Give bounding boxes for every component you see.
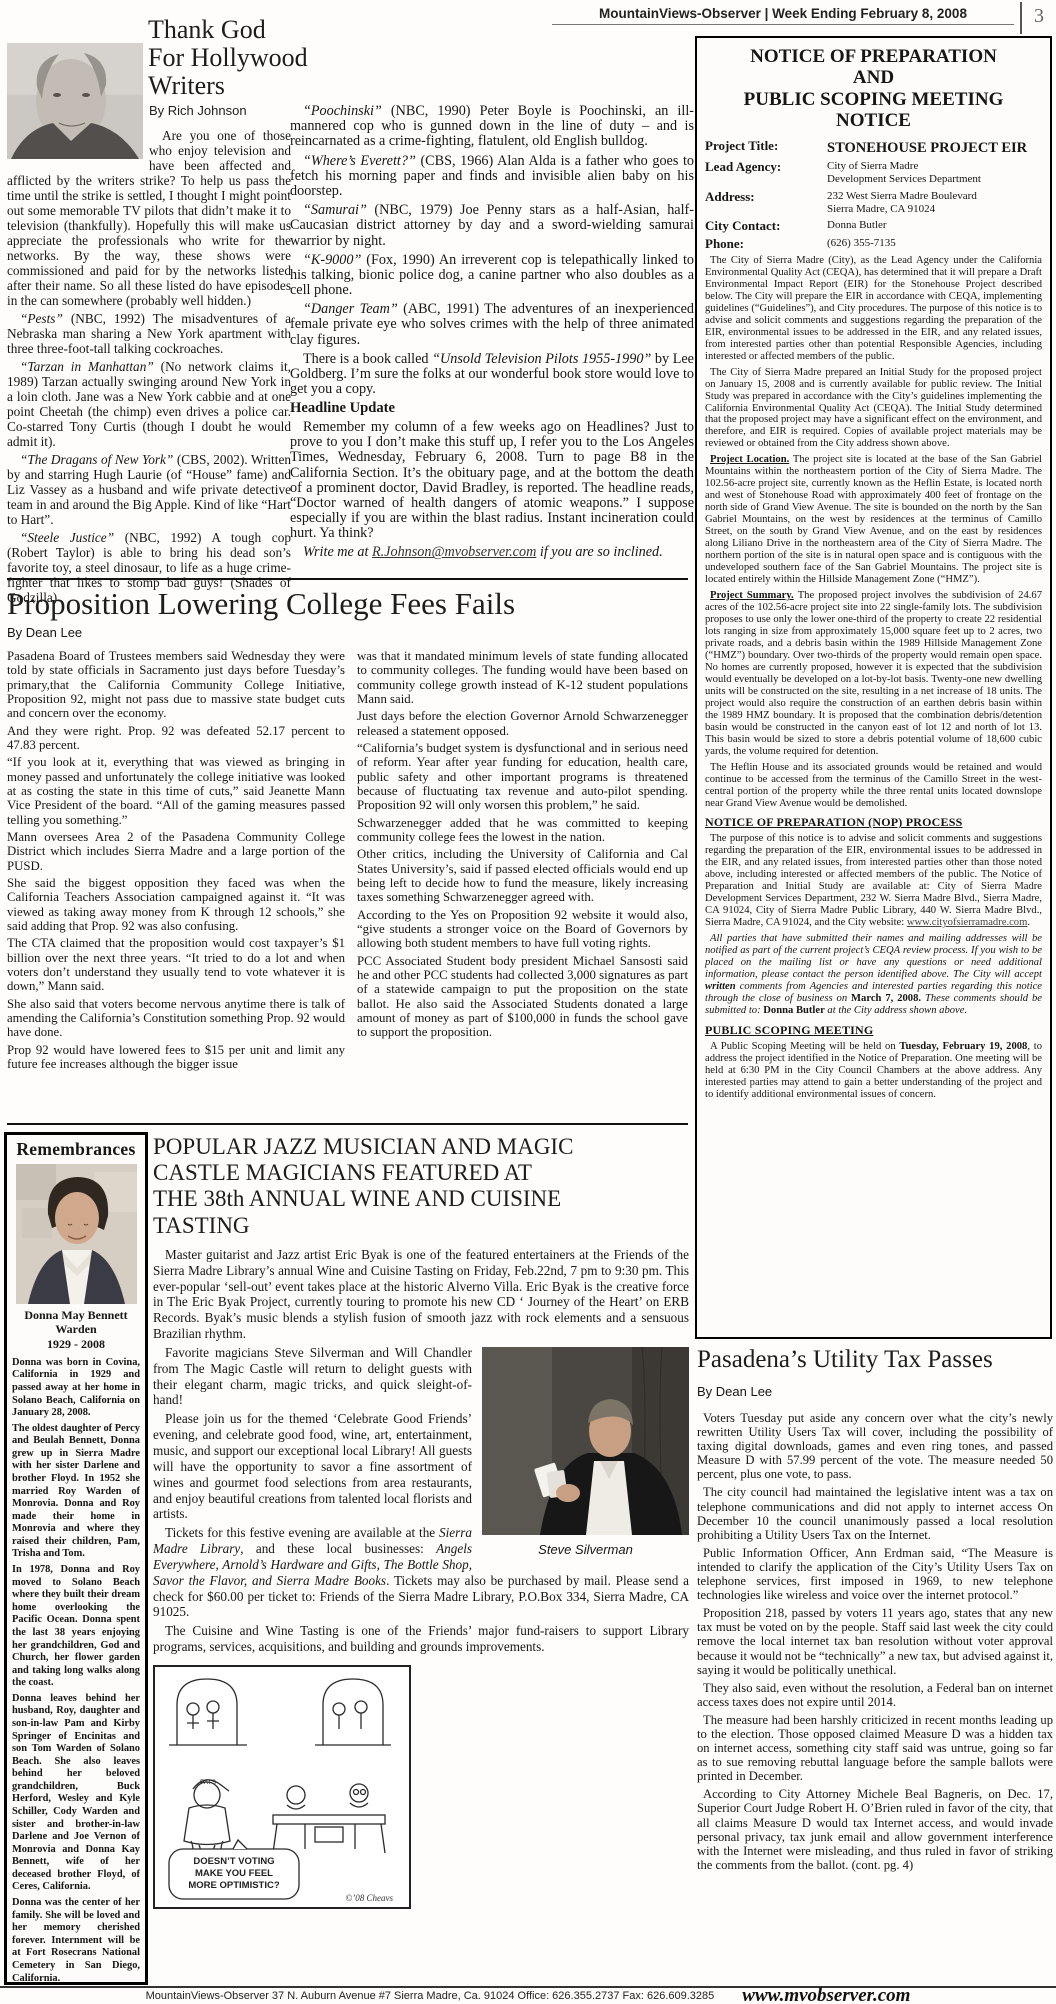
article-column-1: Are you one of those who enjoy televisio… <box>7 16 291 608</box>
article-wine-cuisine-tasting: POPULAR JAZZ MUSICIAN AND MAGIC CASTLE M… <box>153 1132 689 1985</box>
article-byline: By Dean Lee <box>697 1384 1053 1399</box>
paragraph: “Where’s Everett?” (CBS, 1966) Alan Alda… <box>290 154 694 200</box>
text-run: The Cuisine and Wine Tasting is one of t… <box>153 1623 689 1654</box>
newspaper-page: MountainViews-Observer | Week Ending Feb… <box>0 0 1056 2004</box>
field-label: City Contact: <box>705 219 817 234</box>
notice-field-row: City Contact:Donna Butler <box>705 219 1042 234</box>
notice-body: The City of Sierra Madre (City), as the … <box>705 255 1042 1101</box>
text-run: There is a book called <box>303 351 432 367</box>
text-run: Tuesday, February 19, 2008 <box>899 1041 1027 1052</box>
paragraph: In 1978, Donna and Roy moved to Solano B… <box>12 1564 140 1690</box>
paragraph: Proposition 218, passed by voters 11 yea… <box>697 1606 1053 1676</box>
paragraph: The City of Sierra Madre prepared an Ini… <box>705 367 1042 451</box>
article-title: Proposition Lowering College Fees Fails <box>7 586 688 622</box>
text-run: The Heflin House and its associated grou… <box>705 762 1042 809</box>
paragraph: All parties that have submitted their na… <box>705 933 1042 1017</box>
article-column-2: was that it mandated minimum levels of s… <box>357 649 688 1074</box>
field-value: 232 West Sierra Madre Boulevard Sierra M… <box>817 190 977 216</box>
photo-spacer <box>7 16 149 163</box>
paragraph: “If you look at it, everything that was … <box>7 755 345 827</box>
text-run: The CTA claimed that the proposition wou… <box>7 936 345 993</box>
cartoon-drawing-icon: DOESN’T VOTING MAKE YOU FEEL MORE OPTIMI… <box>155 1667 409 1907</box>
text-run: The City of Sierra Madre (City), as the … <box>705 255 1042 362</box>
notice-field-row: Phone:(626) 355-7135 <box>705 237 1042 252</box>
notice-title: NOTICE OF PREPARATION AND PUBLIC SCOPING… <box>705 46 1042 132</box>
notice-field-row: Project Title:STONEHOUSE PROJECT EIR <box>705 139 1042 157</box>
text-run: According to the Yes on Proposition 92 w… <box>357 908 688 951</box>
text-run: The proposed project involves the subdiv… <box>705 590 1042 757</box>
remembrances-header: Remembrances <box>12 1139 140 1160</box>
paragraph: They also said, even without the resolut… <box>697 1681 1053 1709</box>
text-run: Proposition 218, passed by voters 11 yea… <box>697 1606 1053 1676</box>
link[interactable]: www.cityofsierramadre.com <box>907 917 1028 928</box>
text-run: And they were right. Prop. 92 was defeat… <box>7 724 345 752</box>
paragraph: The CTA claimed that the proposition wou… <box>7 936 345 993</box>
article-body: Master guitarist and Jazz artist Eric By… <box>153 1247 689 1909</box>
article-column-2: “Poochinski” (NBC, 1990) Peter Boyle is … <box>290 104 694 565</box>
paragraph: Donna was the center of her family. She … <box>12 1897 140 1985</box>
cartoon-hat-label: PATS <box>200 1779 217 1786</box>
footer-contact-info: MountainViews-Observer 37 N. Auburn Aven… <box>146 1990 715 2002</box>
paragraph: And they were right. Prop. 92 was defeat… <box>7 724 345 753</box>
paragraph: “Pests” (NBC, 1992) The misadventures of… <box>7 311 291 356</box>
text-run: Donna was the center of her family. She … <box>12 1897 140 1983</box>
text-run: According to City Attorney Michele Beal … <box>697 1787 1053 1871</box>
notice-fields: Project Title:STONEHOUSE PROJECT EIRLead… <box>705 139 1042 252</box>
text-run: Donna was born in Covina, California in … <box>12 1357 140 1418</box>
paragraph: A Public Scoping Meeting will be held on… <box>705 1041 1042 1101</box>
article-text: Voters Tuesday put aside any concern ove… <box>697 1411 1053 1872</box>
text-run: “Samurai” <box>303 202 367 218</box>
paragraph: The purpose of this notice is to advise … <box>705 833 1042 929</box>
text-run: . <box>1027 917 1030 928</box>
text-run: The oldest daughter of Percy and Beulah … <box>12 1423 140 1560</box>
text-run: Pasadena Board of Trustees members said … <box>7 649 345 720</box>
article-title: Pasadena’s Utility Tax Passes <box>697 1346 1053 1374</box>
link[interactable]: R.Johnson@mvobserver.com <box>372 544 536 560</box>
text-run: , and these local businesses: <box>240 1541 436 1556</box>
field-label: Project Title: <box>705 139 817 157</box>
obituary-name: Donna May Bennett Warden <box>12 1308 140 1337</box>
text-run: Headline Update <box>290 400 395 416</box>
text-run: “California’s budget system is dysfuncti… <box>357 741 688 812</box>
text-run: Donna leaves behind her husband, Roy, da… <box>12 1693 140 1893</box>
text-run: The city council had maintained the legi… <box>697 1485 1053 1541</box>
field-value: (626) 355-7135 <box>817 237 896 252</box>
paragraph: Prop 92 would have lowered fees to $15 p… <box>7 1043 345 1072</box>
paragraph: She also said that voters become nervous… <box>7 997 345 1040</box>
notice-field-row: Lead Agency:City of Sierra Madre Develop… <box>705 160 1042 186</box>
text-run: PCC Associated Student body president Mi… <box>357 954 688 1040</box>
paragraph: NOTICE OF PREPARATION (NOP) PROCESS <box>705 816 1042 830</box>
text-run: Project Location. <box>710 454 789 465</box>
cartoon-bubble-text: MAKE YOU FEEL <box>195 1868 273 1879</box>
text-run: “Danger Team” <box>303 301 398 317</box>
article-utility-tax: Pasadena’s Utility Tax Passes By Dean Le… <box>697 1346 1053 1988</box>
text-run: In 1978, Donna and Roy moved to Solano B… <box>12 1564 140 1688</box>
text-run: Please join us for the themed ‘Celebrate… <box>153 1411 472 1521</box>
text-run: if you are so inclined. <box>536 544 662 560</box>
paragraph: Write me at R.Johnson@mvobserver.com if … <box>290 545 694 560</box>
text-run: Other critics, including the University … <box>357 847 688 904</box>
text-run: Tickets for this festive evening are ava… <box>165 1525 439 1540</box>
paragraph: PCC Associated Student body president Mi… <box>357 954 688 1040</box>
paragraph: Headline Update <box>290 401 694 417</box>
text-run: “If you look at it, everything that was … <box>7 755 345 826</box>
text-run: “The Dragans of New York” <box>20 452 173 467</box>
paragraph: Project Location. The project site is lo… <box>705 454 1042 586</box>
page-footer: MountainViews-Observer 37 N. Auburn Aven… <box>0 1986 1056 2004</box>
paragraph: Pasadena Board of Trustees members said … <box>7 649 345 721</box>
paragraph: The Cuisine and Wine Tasting is one of t… <box>153 1623 689 1655</box>
paragraph: “The Dragans of New York” (CBS, 2002). W… <box>7 452 291 527</box>
text-run: Mann oversees Area 2 of the Pasadena Com… <box>7 830 345 873</box>
paragraph: Project Summary. The proposed project in… <box>705 590 1042 758</box>
paragraph: “Danger Team” (ABC, 1991) The adventures… <box>290 302 694 348</box>
paragraph: “Poochinski” (NBC, 1990) Peter Boyle is … <box>290 104 694 150</box>
field-value: City of Sierra Madre Development Service… <box>817 160 981 186</box>
paragraph: Donna leaves behind her husband, Roy, da… <box>12 1693 140 1894</box>
paragraph: “Tarzan in Manhattan” (No network claims… <box>7 359 291 449</box>
text-run: She also said that voters become nervous… <box>7 997 345 1040</box>
text-run: March 7, 2008. <box>851 993 921 1004</box>
text-run: Donna Butler <box>763 1005 825 1016</box>
paragraph: The Heflin House and its associated grou… <box>705 762 1042 810</box>
text-run: They also said, even without the resolut… <box>697 1681 1053 1709</box>
text-run: A Public Scoping Meeting will be held on <box>710 1041 899 1052</box>
paragraph: She said the biggest opposition they fac… <box>7 876 345 933</box>
paragraph: Voters Tuesday put aside any concern ove… <box>697 1411 1053 1481</box>
paragraph: The City of Sierra Madre (City), as the … <box>705 255 1042 363</box>
article-title: POPULAR JAZZ MUSICIAN AND MAGIC CASTLE M… <box>153 1134 689 1239</box>
text-run: Project Summary. <box>710 590 794 601</box>
paragraph: The measure had been harshly criticized … <box>697 1713 1053 1783</box>
field-value: Donna Butler <box>817 219 887 234</box>
text-run: Public Information Officer, Ann Erdman s… <box>697 1546 1053 1602</box>
paragraph: Public Information Officer, Ann Erdman s… <box>697 1546 1053 1602</box>
page-number: 3 <box>1020 2 1046 34</box>
obituary-years: 1929 - 2008 <box>12 1337 140 1352</box>
field-label: Phone: <box>705 237 817 252</box>
text-run: Favorite magicians Steve Silverman and W… <box>153 1345 472 1408</box>
article-proposition-92: Proposition Lowering College Fees Fails … <box>7 578 688 1125</box>
obituary-text: Donna was born in Covina, California in … <box>12 1357 140 1985</box>
notice-field-row: Address:232 West Sierra Madre Boulevard … <box>705 190 1042 216</box>
paragraph: Donna was born in Covina, California in … <box>12 1357 140 1420</box>
text-run: “Steele Justice” <box>20 530 114 545</box>
text-run: NOTICE OF PREPARATION (NOP) PROCESS <box>705 815 962 829</box>
field-value: STONEHOUSE PROJECT EIR <box>817 139 1027 157</box>
cartoon-bubble-text: DOESN’T VOTING <box>193 1856 274 1867</box>
text-run: written <box>705 981 736 992</box>
magician-photo-icon <box>482 1347 689 1535</box>
paragraph: There is a book called “Unsold Televisio… <box>290 352 694 398</box>
text-run: Prop 92 would have lowered fees to $15 p… <box>7 1043 345 1071</box>
paragraph: Other critics, including the University … <box>357 847 688 904</box>
paragraph: Just days before the election Governor A… <box>357 709 688 738</box>
article-text-intro: Master guitarist and Jazz artist Eric By… <box>153 1247 689 1342</box>
paragraph: Mann oversees Area 2 of the Pasadena Com… <box>7 830 345 873</box>
remembrances-obituary: Remembrances Donna May Bennett Warden 19… <box>4 1132 148 1985</box>
article-text: Are you one of those who enjoy televisio… <box>7 128 291 605</box>
text-run: The project site is located at the base … <box>705 454 1042 585</box>
text-run: All parties that have submitted their na… <box>705 933 1042 980</box>
paragraph: According to City Attorney Michele Beal … <box>697 1787 1053 1872</box>
text-run: Master guitarist and Jazz artist Eric By… <box>153 1247 689 1341</box>
photo-steve-silverman: Steve Silverman <box>482 1347 689 1557</box>
text-run: “Where’s Everett?” <box>303 153 416 169</box>
text-run: was that it mandated minimum levels of s… <box>357 649 688 706</box>
paragraph: was that it mandated minimum levels of s… <box>357 649 688 706</box>
text-run: “K-9000” <box>303 252 361 268</box>
text-run: Schwarzenegger added that he was committ… <box>357 816 688 844</box>
text-run: at the City address shown above. <box>825 1005 967 1016</box>
text-run: Voters Tuesday put aside any concern ove… <box>697 1411 1053 1481</box>
footer-website-link[interactable]: www.mvobserver.com <box>742 1985 910 2004</box>
notice-public-scoping: NOTICE OF PREPARATION AND PUBLIC SCOPING… <box>695 36 1052 1339</box>
article-hollywood-writers: Thank God For Hollywood Writers By Rich … <box>7 16 695 578</box>
article-columns: Pasadena Board of Trustees members said … <box>7 649 688 1074</box>
paragraph: Remember my column of a few weeks ago on… <box>290 420 694 542</box>
cartoon-bubble-text: MORE OPTIMISTIC? <box>188 1880 280 1891</box>
article-byline: By Dean Lee <box>7 625 688 640</box>
editorial-cartoon: DOESN’T VOTING MAKE YOU FEEL MORE OPTIMI… <box>153 1665 411 1909</box>
paragraph: Schwarzenegger added that he was committ… <box>357 816 688 845</box>
text-run: The City of Sierra Madre prepared an Ini… <box>705 367 1042 450</box>
text-run: Just days before the election Governor A… <box>357 709 688 737</box>
cartoon-signature: ©’08 Cheavs <box>345 1893 393 1903</box>
paragraph: “Samurai” (NBC, 1979) Joe Penny stars as… <box>290 203 694 249</box>
field-label: Address: <box>705 190 817 216</box>
text-run: “Pests” <box>20 311 63 326</box>
photo-caption: Steve Silverman <box>482 1542 689 1557</box>
text-run: The purpose of this notice is to advise … <box>705 833 1042 928</box>
paragraph: According to the Yes on Proposition 92 w… <box>357 908 688 951</box>
text-run: The measure had been harshly criticized … <box>697 1713 1053 1783</box>
field-label: Lead Agency: <box>705 160 817 186</box>
paragraph: The city council had maintained the legi… <box>697 1485 1053 1541</box>
paragraph: Master guitarist and Jazz artist Eric By… <box>153 1247 689 1342</box>
text-run: Remember my column of a few weeks ago on… <box>290 419 694 541</box>
paragraph: “K-9000” (Fox, 1990) An irreverent cop i… <box>290 253 694 299</box>
text-run: Write me at <box>303 544 372 560</box>
text-run: PUBLIC SCOPING MEETING <box>705 1023 873 1037</box>
text-run: She said the biggest opposition they fac… <box>7 876 345 933</box>
paragraph: The oldest daughter of Percy and Beulah … <box>12 1423 140 1561</box>
text-run: “Unsold Television Pilots 1955-1990” <box>432 351 651 367</box>
text-run: “Poochinski” <box>303 103 382 119</box>
text-run: “Tarzan in Manhattan” <box>20 359 154 374</box>
paragraph: “California’s budget system is dysfuncti… <box>357 741 688 813</box>
obituary-photo <box>16 1164 137 1304</box>
article-column-1: Pasadena Board of Trustees members said … <box>7 649 345 1074</box>
paragraph: PUBLIC SCOPING MEETING <box>705 1024 1042 1038</box>
